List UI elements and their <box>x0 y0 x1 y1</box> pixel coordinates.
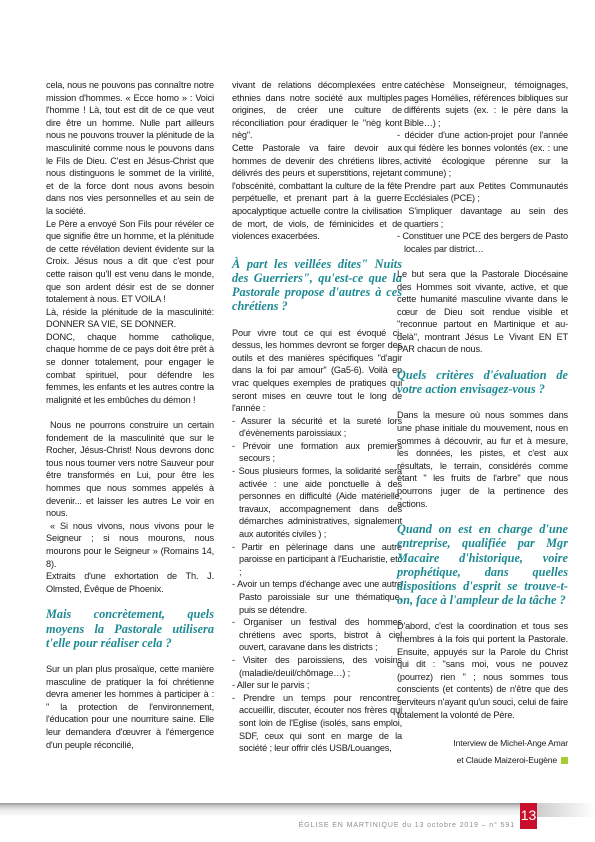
list-item: - Assurer la sécurité et la sureté lors … <box>232 415 402 440</box>
paragraph: Pour vivre tout ce qui est évoqué ci-des… <box>232 327 402 415</box>
list-item: - décider d'une action-projet pour l'ann… <box>397 129 568 179</box>
paragraph: Là, réside la plénitude de la masculinit… <box>46 306 214 331</box>
article-column-2: vivant de relations décomplexées entre e… <box>232 79 402 755</box>
end-mark-square-icon <box>561 757 568 764</box>
page-number: 13 <box>520 803 537 829</box>
paragraph: D'abord, c'est la coordination et tous s… <box>397 620 568 721</box>
list-item: - Aller sur le parvis ; <box>232 679 402 692</box>
list-item-continued: catéchèse Monseigneur, témoignages, page… <box>397 79 568 129</box>
credit-names: et Claude Maizeroi-Eugène <box>457 755 557 765</box>
list-item: - Partir en pèlerinage dans une autre pa… <box>232 541 402 579</box>
paragraph: vivant de relations décomplexées entre e… <box>232 79 402 142</box>
paragraph: Le Père a envoyé Son Fils pour révéler c… <box>46 218 214 306</box>
paragraph: Cette Pastorale va faire devoir aux homm… <box>232 142 402 243</box>
publication-info: ÉGLISE EN MARTINIQUE du 13 octobre 2019 … <box>290 822 515 829</box>
interview-question: Mais concrètement, quels moyens la Pasto… <box>46 607 214 650</box>
article-column-1: cela, nous ne pouvons pas connaître notr… <box>46 79 214 751</box>
source-note: Extraits d'une exhortation de Th. J. Olm… <box>46 570 214 595</box>
list-item: - Prendre part aux Petites Communautés E… <box>397 180 568 205</box>
list-item: - Constituer une PCE des bergers de Past… <box>397 230 568 255</box>
paragraph: Dans la mesure où nous sommes dans une p… <box>397 409 568 510</box>
list-item: - Organiser un festival des hommes chrét… <box>232 616 402 654</box>
footer-bar <box>0 803 520 817</box>
list-item: - Visiter des paroissiens, des voisins (… <box>232 654 402 679</box>
paragraph: Nous ne pourrons construire un certain f… <box>46 419 214 520</box>
interview-question: À part les veillées dites" Nuits des Gue… <box>232 257 402 314</box>
scripture-quote: « Si nous vivons, nous vivons pour le Se… <box>46 520 214 570</box>
paragraph: Sur un plan plus prosaïque, cette manièr… <box>46 663 214 751</box>
interview-question: Quels critères d'évaluation de votre act… <box>397 368 568 396</box>
credit-line-2: et Claude Maizeroi-Eugène <box>397 752 568 769</box>
list-item: - Prévoir une formation aux premiers sec… <box>232 440 402 465</box>
list-item: - Prendre un temps pour rencontrer, accu… <box>232 692 402 755</box>
list-item: - Sous plusieurs formes, la solidarité s… <box>232 465 402 541</box>
list-item: - S'impliquer davantage au sein des quar… <box>397 205 568 230</box>
footer-bar-fade <box>537 803 595 817</box>
paragraph: Le but sera que la Pastorale Diocésaine … <box>397 268 568 356</box>
interview-credit: Interview de Michel-Ange Amar et Claude … <box>397 735 568 769</box>
list-item: - Avoir un temps d'échange avec une autr… <box>232 578 402 616</box>
paragraph: cela, nous ne pouvons pas connaître notr… <box>46 79 214 218</box>
paragraph: DONC, chaque homme catholique, chaque ho… <box>46 331 214 407</box>
article-column-3: catéchèse Monseigneur, témoignages, page… <box>397 79 568 769</box>
interview-question: Quand on est en charge d'une entreprise,… <box>397 522 568 607</box>
credit-line: Interview de Michel-Ange Amar <box>397 735 568 752</box>
